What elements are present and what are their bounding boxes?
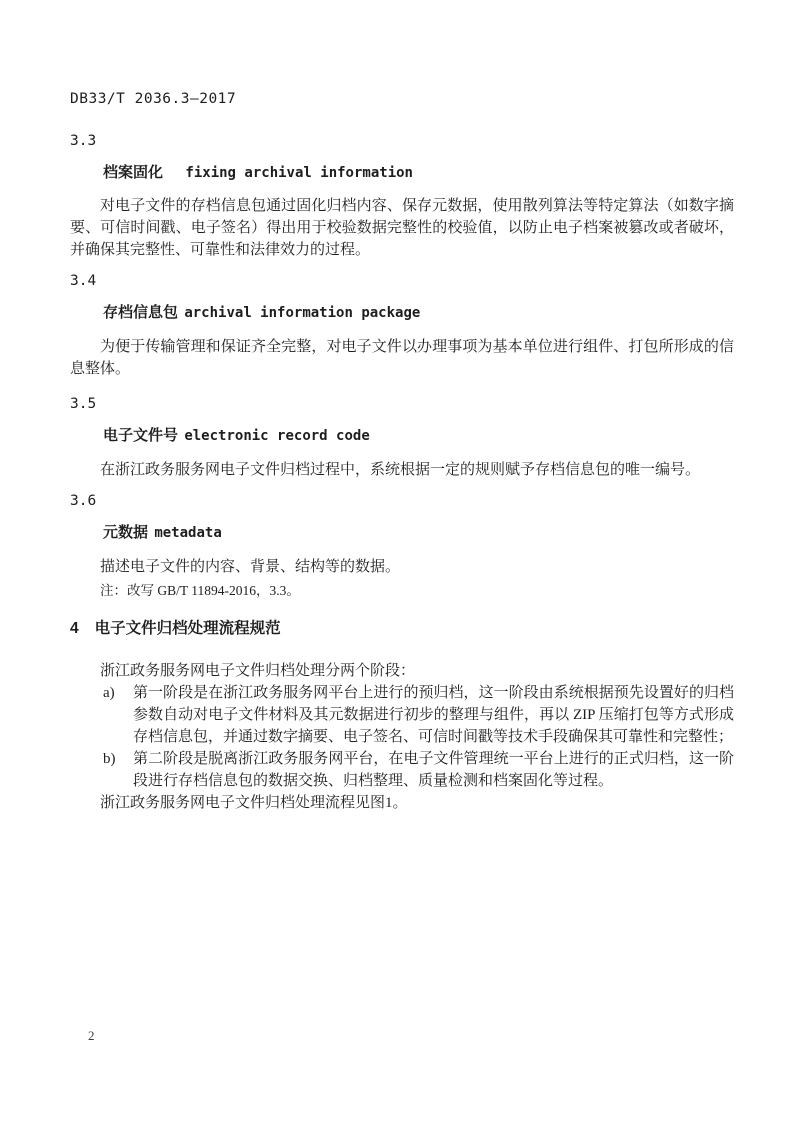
clause-number-3-6: 3.6 [70, 490, 734, 512]
clause-number-3-3: 3.3 [70, 130, 734, 152]
list-item-b: b) 第二阶段是脱离浙江政务服务网平台，在电子文件管理统一平台上进行的正式归档，… [70, 748, 734, 792]
list-item-a: a) 第一阶段是在浙江政务服务网平台上进行的预归档，这一阶段由系统根据预先设置好… [70, 682, 734, 748]
term-zh: 电子文件号 [103, 427, 178, 444]
page-content: DB33/T 2036.3—2017 3.3 档案固化fixing archiv… [70, 88, 734, 814]
term-en: electronic record code [184, 428, 369, 444]
term-zh: 存档信息包 [103, 304, 178, 321]
term-heading-3-4: 存档信息包archival information package [70, 302, 734, 324]
term-en: metadata [154, 525, 221, 541]
list-text-b: 第二阶段是脱离浙江政务服务网平台，在电子文件管理统一平台上进行的正式归档，这一阶… [133, 748, 734, 792]
definition-note-3-6: 注：改写 GB/T 11894-2016，3.3。 [70, 580, 734, 602]
term-heading-3-3: 档案固化fixing archival information [70, 162, 734, 184]
list-marker-a: a) [103, 682, 133, 748]
document-number-header: DB33/T 2036.3—2017 [70, 88, 734, 110]
term-heading-3-6: 元数据metadata [70, 522, 734, 544]
chapter-4-heading: 4 电子文件归档处理流程规范 [70, 618, 734, 640]
list-marker-b: b) [103, 748, 133, 792]
list-text-a: 第一阶段是在浙江政务服务网平台上进行的预归档，这一阶段由系统根据预先设置好的归档… [133, 682, 734, 748]
clause-number-3-5: 3.5 [70, 393, 734, 415]
chapter-title: 电子文件归档处理流程规范 [95, 618, 281, 640]
term-heading-3-5: 电子文件号electronic record code [70, 425, 734, 447]
term-zh: 元数据 [103, 524, 148, 541]
definition-body-3-5: 在浙江政务服务网电子文件归档过程中，系统根据一定的规则赋予存档信息包的唯一编号。 [70, 459, 734, 481]
chapter-4-closing: 浙江政务服务网电子文件归档处理流程见图1。 [70, 792, 734, 814]
chapter-4-intro: 浙江政务服务网电子文件归档处理分两个阶段： [70, 660, 734, 682]
definition-body-3-4: 为便于传输管理和保证齐全完整，对电子文件以办理事项为基本单位进行组件、打包所形成… [70, 336, 734, 380]
term-zh: 档案固化 [103, 164, 163, 181]
document-page: DB33/T 2036.3—2017 3.3 档案固化fixing archiv… [0, 0, 793, 1122]
clause-number-3-4: 3.4 [70, 270, 734, 292]
definition-body-3-3: 对电子文件的存档信息包通过固化归档内容、保存元数据，使用散列算法等特定算法（如数… [70, 195, 734, 261]
page-number: 2 [88, 1028, 95, 1044]
definition-body-3-6: 描述电子文件的内容、背景、结构等的数据。 [70, 556, 734, 578]
term-en: fixing archival information [185, 165, 413, 181]
chapter-number: 4 [70, 618, 79, 640]
term-en: archival information package [184, 305, 420, 321]
